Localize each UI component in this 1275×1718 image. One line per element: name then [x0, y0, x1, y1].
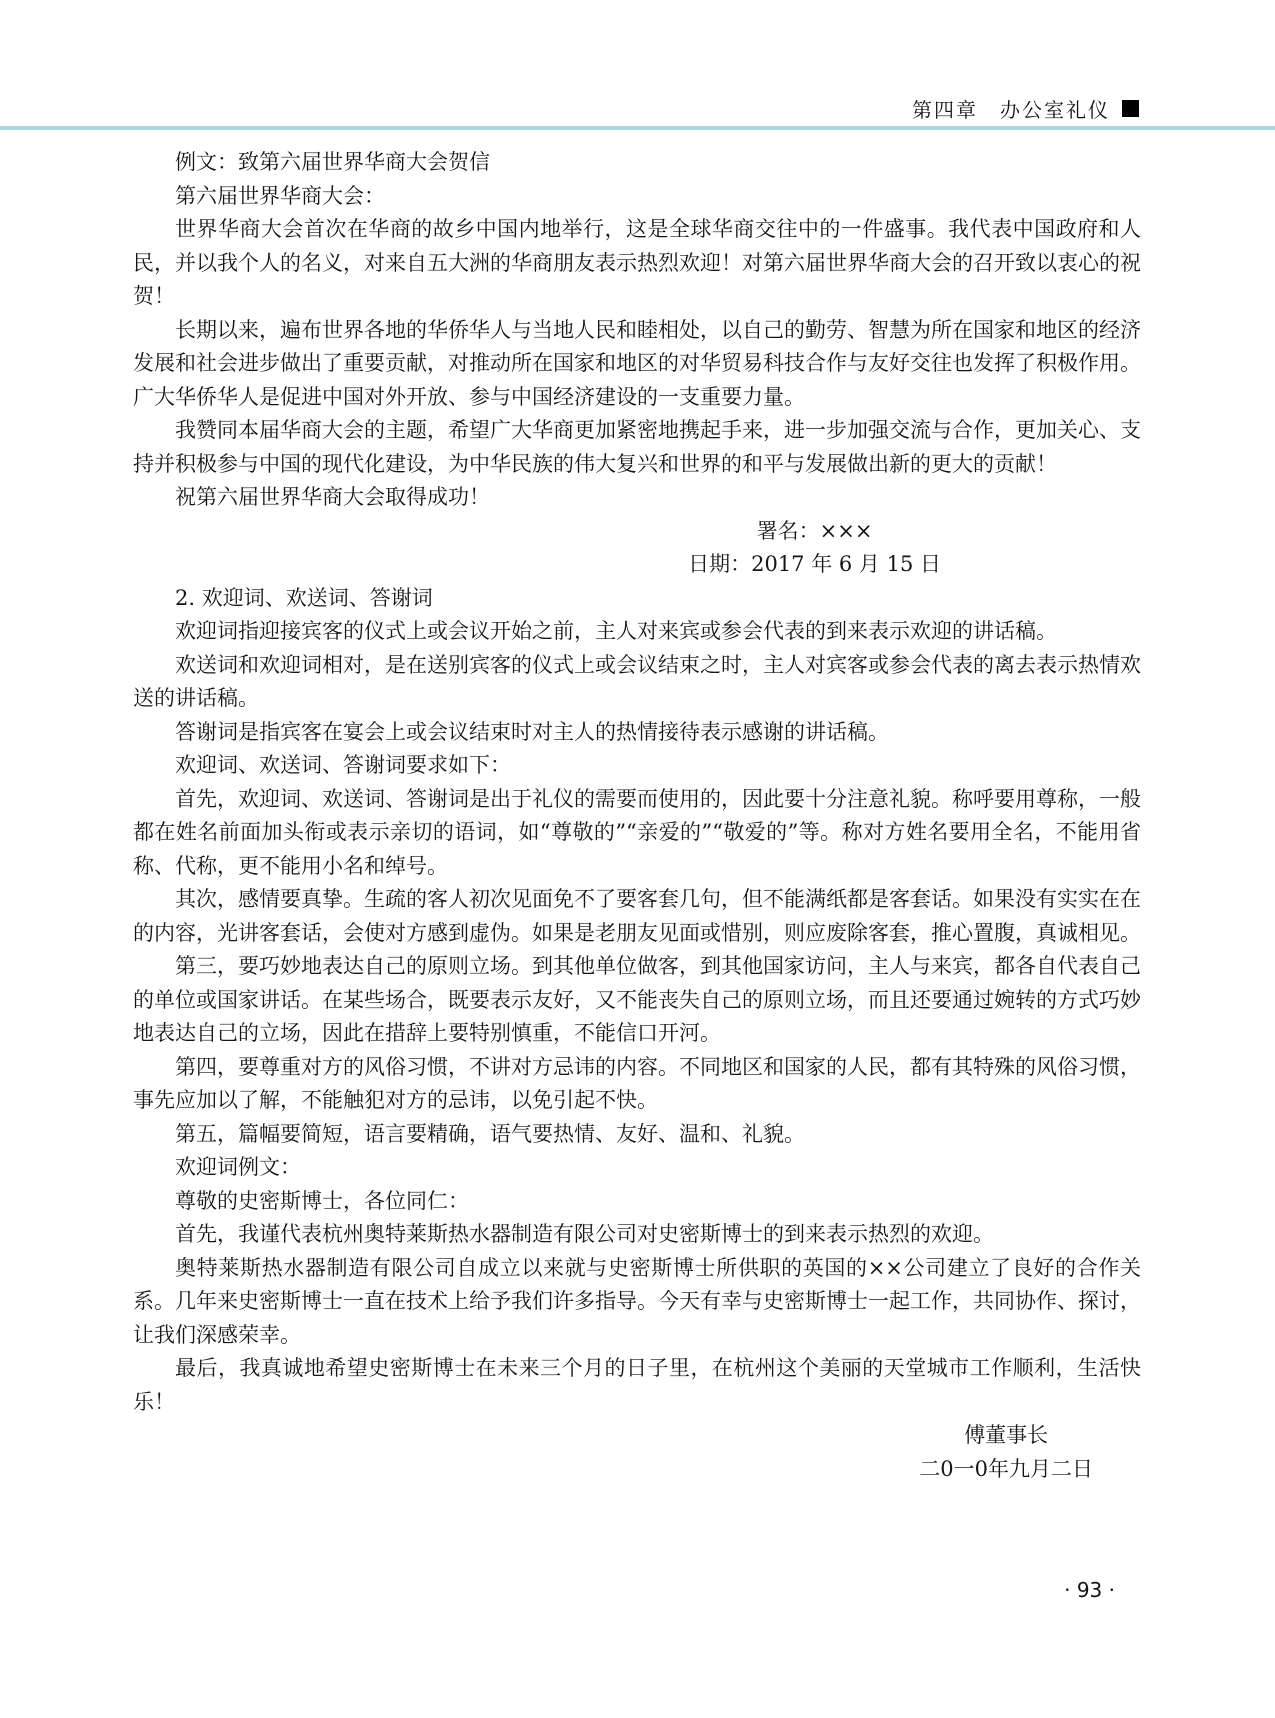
letter1-paragraph: 世界华商大会首次在华商的故乡中国内地举行，这是全球华商交往中的一件盛事。我代表中…: [133, 213, 1141, 314]
letter2-paragraph: 最后，我真诚地希望史密斯博士在未来三个月的日子里，在杭州这个美丽的天堂城市工作顺…: [133, 1352, 1141, 1419]
page-content: 例文：致第六届世界华商大会贺信 第六届世界华商大会： 世界华商大会首次在华商的故…: [133, 146, 1141, 1486]
letter1-salutation: 第六届世界华商大会：: [133, 180, 1141, 214]
section2-paragraph: 答谢词是指宾客在宴会上或会议结束时对主人的热情接待表示感谢的讲话稿。: [133, 716, 1141, 750]
section2-paragraph: 欢迎词、欢送词、答谢词要求如下：: [133, 749, 1141, 783]
letter2-paragraph: 奥特莱斯热水器制造有限公司自成立以来就与史密斯博士所供职的英国的××公司建立了良…: [133, 1252, 1141, 1353]
letter2-signature-block: 傅董事长 二0一0年九月二日: [919, 1419, 1093, 1486]
letter2-date: 二0一0年九月二日: [919, 1453, 1093, 1487]
letter1-signature-block: 署名：××× 日期：2017 年 6 月 15 日: [688, 515, 941, 582]
section2-paragraph: 欢送词和欢迎词相对，是在送别宾客的仪式上或会议结束之时，主人对宾客或参会代表的离…: [133, 649, 1141, 716]
running-head: 第四章 办公室礼仪: [912, 94, 1139, 123]
section2-paragraph: 第三，要巧妙地表达自己的原则立场。到其他单位做客，到其他国家访问，主人与来宾，都…: [133, 950, 1141, 1051]
letter1-caption: 例文：致第六届世界华商大会贺信: [133, 146, 1141, 180]
letter1-paragraph: 我赞同本届华商大会的主题，希望广大华商更加紧密地携起手来，进一步加强交流与合作，…: [133, 414, 1141, 481]
letter1-paragraph: 祝第六届世界华商大会取得成功！: [133, 481, 1141, 515]
section2-paragraph: 第五，篇幅要简短，语言要精确，语气要热情、友好、温和、礼貌。: [133, 1118, 1141, 1152]
header-rule: [0, 126, 1275, 130]
section2-paragraph: 第四，要尊重对方的风俗习惯，不讲对方忌讳的内容。不同地区和国家的人民，都有其特殊…: [133, 1051, 1141, 1118]
letter2-caption: 欢迎词例文：: [133, 1151, 1141, 1185]
chapter-title: 第四章 办公室礼仪: [912, 94, 1110, 123]
section2-paragraph: 首先，欢迎词、欢送词、答谢词是出于礼仪的需要而使用的，因此要十分注意礼貌。称呼要…: [133, 783, 1141, 884]
letter1-paragraph: 长期以来，遍布世界各地的华侨华人与当地人民和睦相处，以自己的勤劳、智慧为所在国家…: [133, 314, 1141, 415]
letter2-salutation: 尊敬的史密斯博士，各位同仁：: [133, 1185, 1141, 1219]
letter2-paragraph: 首先，我谨代表杭州奥特莱斯热水器制造有限公司对史密斯博士的到来表示热烈的欢迎。: [133, 1218, 1141, 1252]
chapter-marker-icon: [1122, 100, 1139, 117]
book-page: 第四章 办公室礼仪 例文：致第六届世界华商大会贺信 第六届世界华商大会： 世界华…: [0, 0, 1275, 1718]
page-number: · 93 ·: [1064, 1578, 1115, 1602]
section2-paragraph: 其次，感情要真挚。生疏的客人初次见面免不了要客套几句，但不能满纸都是客套话。如果…: [133, 883, 1141, 950]
letter2-signature: 傅董事长: [919, 1419, 1093, 1453]
section2-paragraph: 欢迎词指迎接宾客的仪式上或会议开始之前，主人对来宾或参会代表的到来表示欢迎的讲话…: [133, 615, 1141, 649]
letter1-date: 日期：2017 年 6 月 15 日: [688, 548, 941, 582]
section2-heading: 2. 欢迎词、欢送词、答谢词: [133, 582, 1141, 616]
letter1-signature: 署名：×××: [688, 515, 941, 549]
